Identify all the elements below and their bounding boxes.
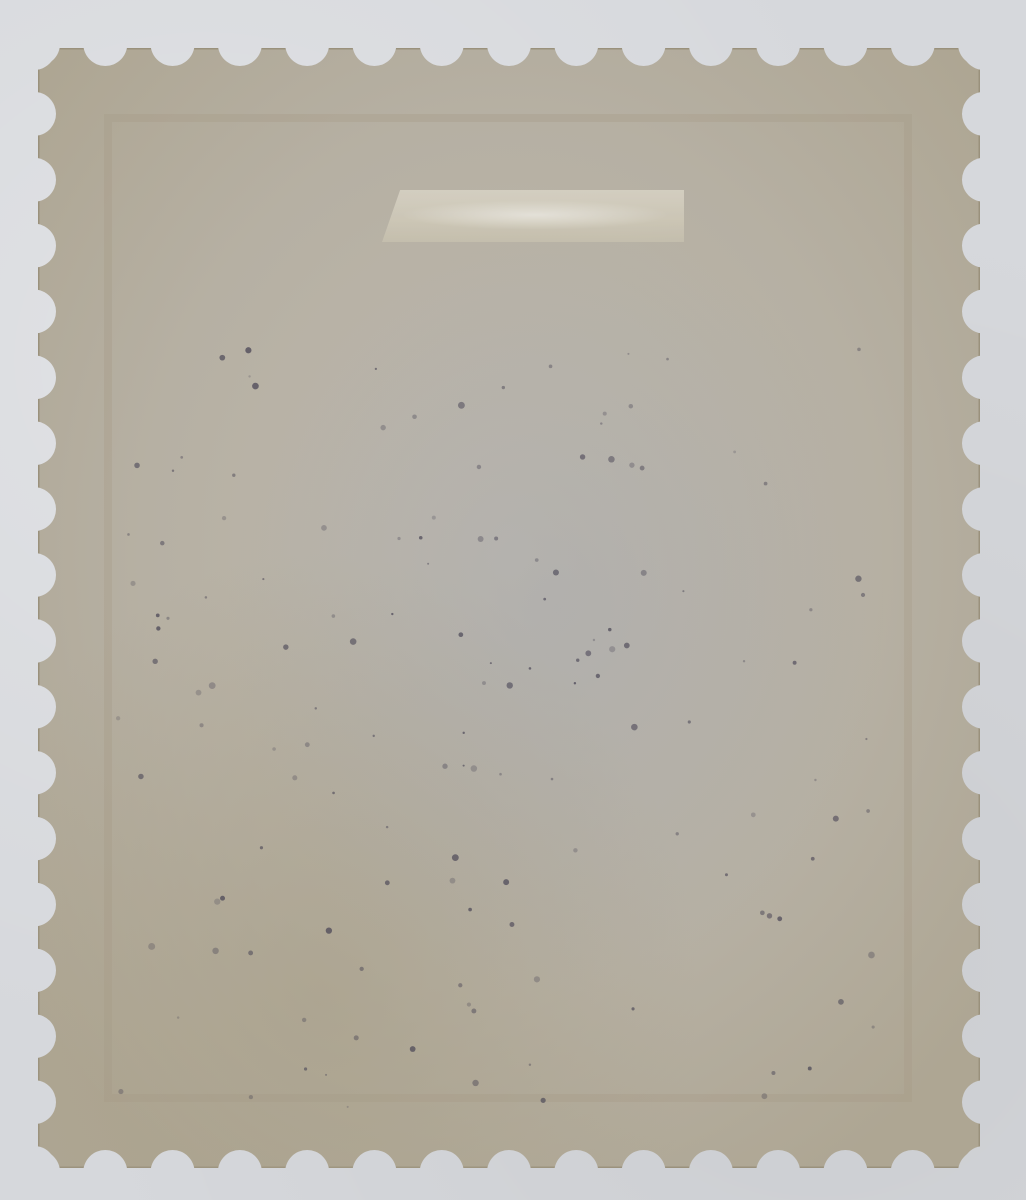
hinge-glare bbox=[400, 200, 670, 230]
